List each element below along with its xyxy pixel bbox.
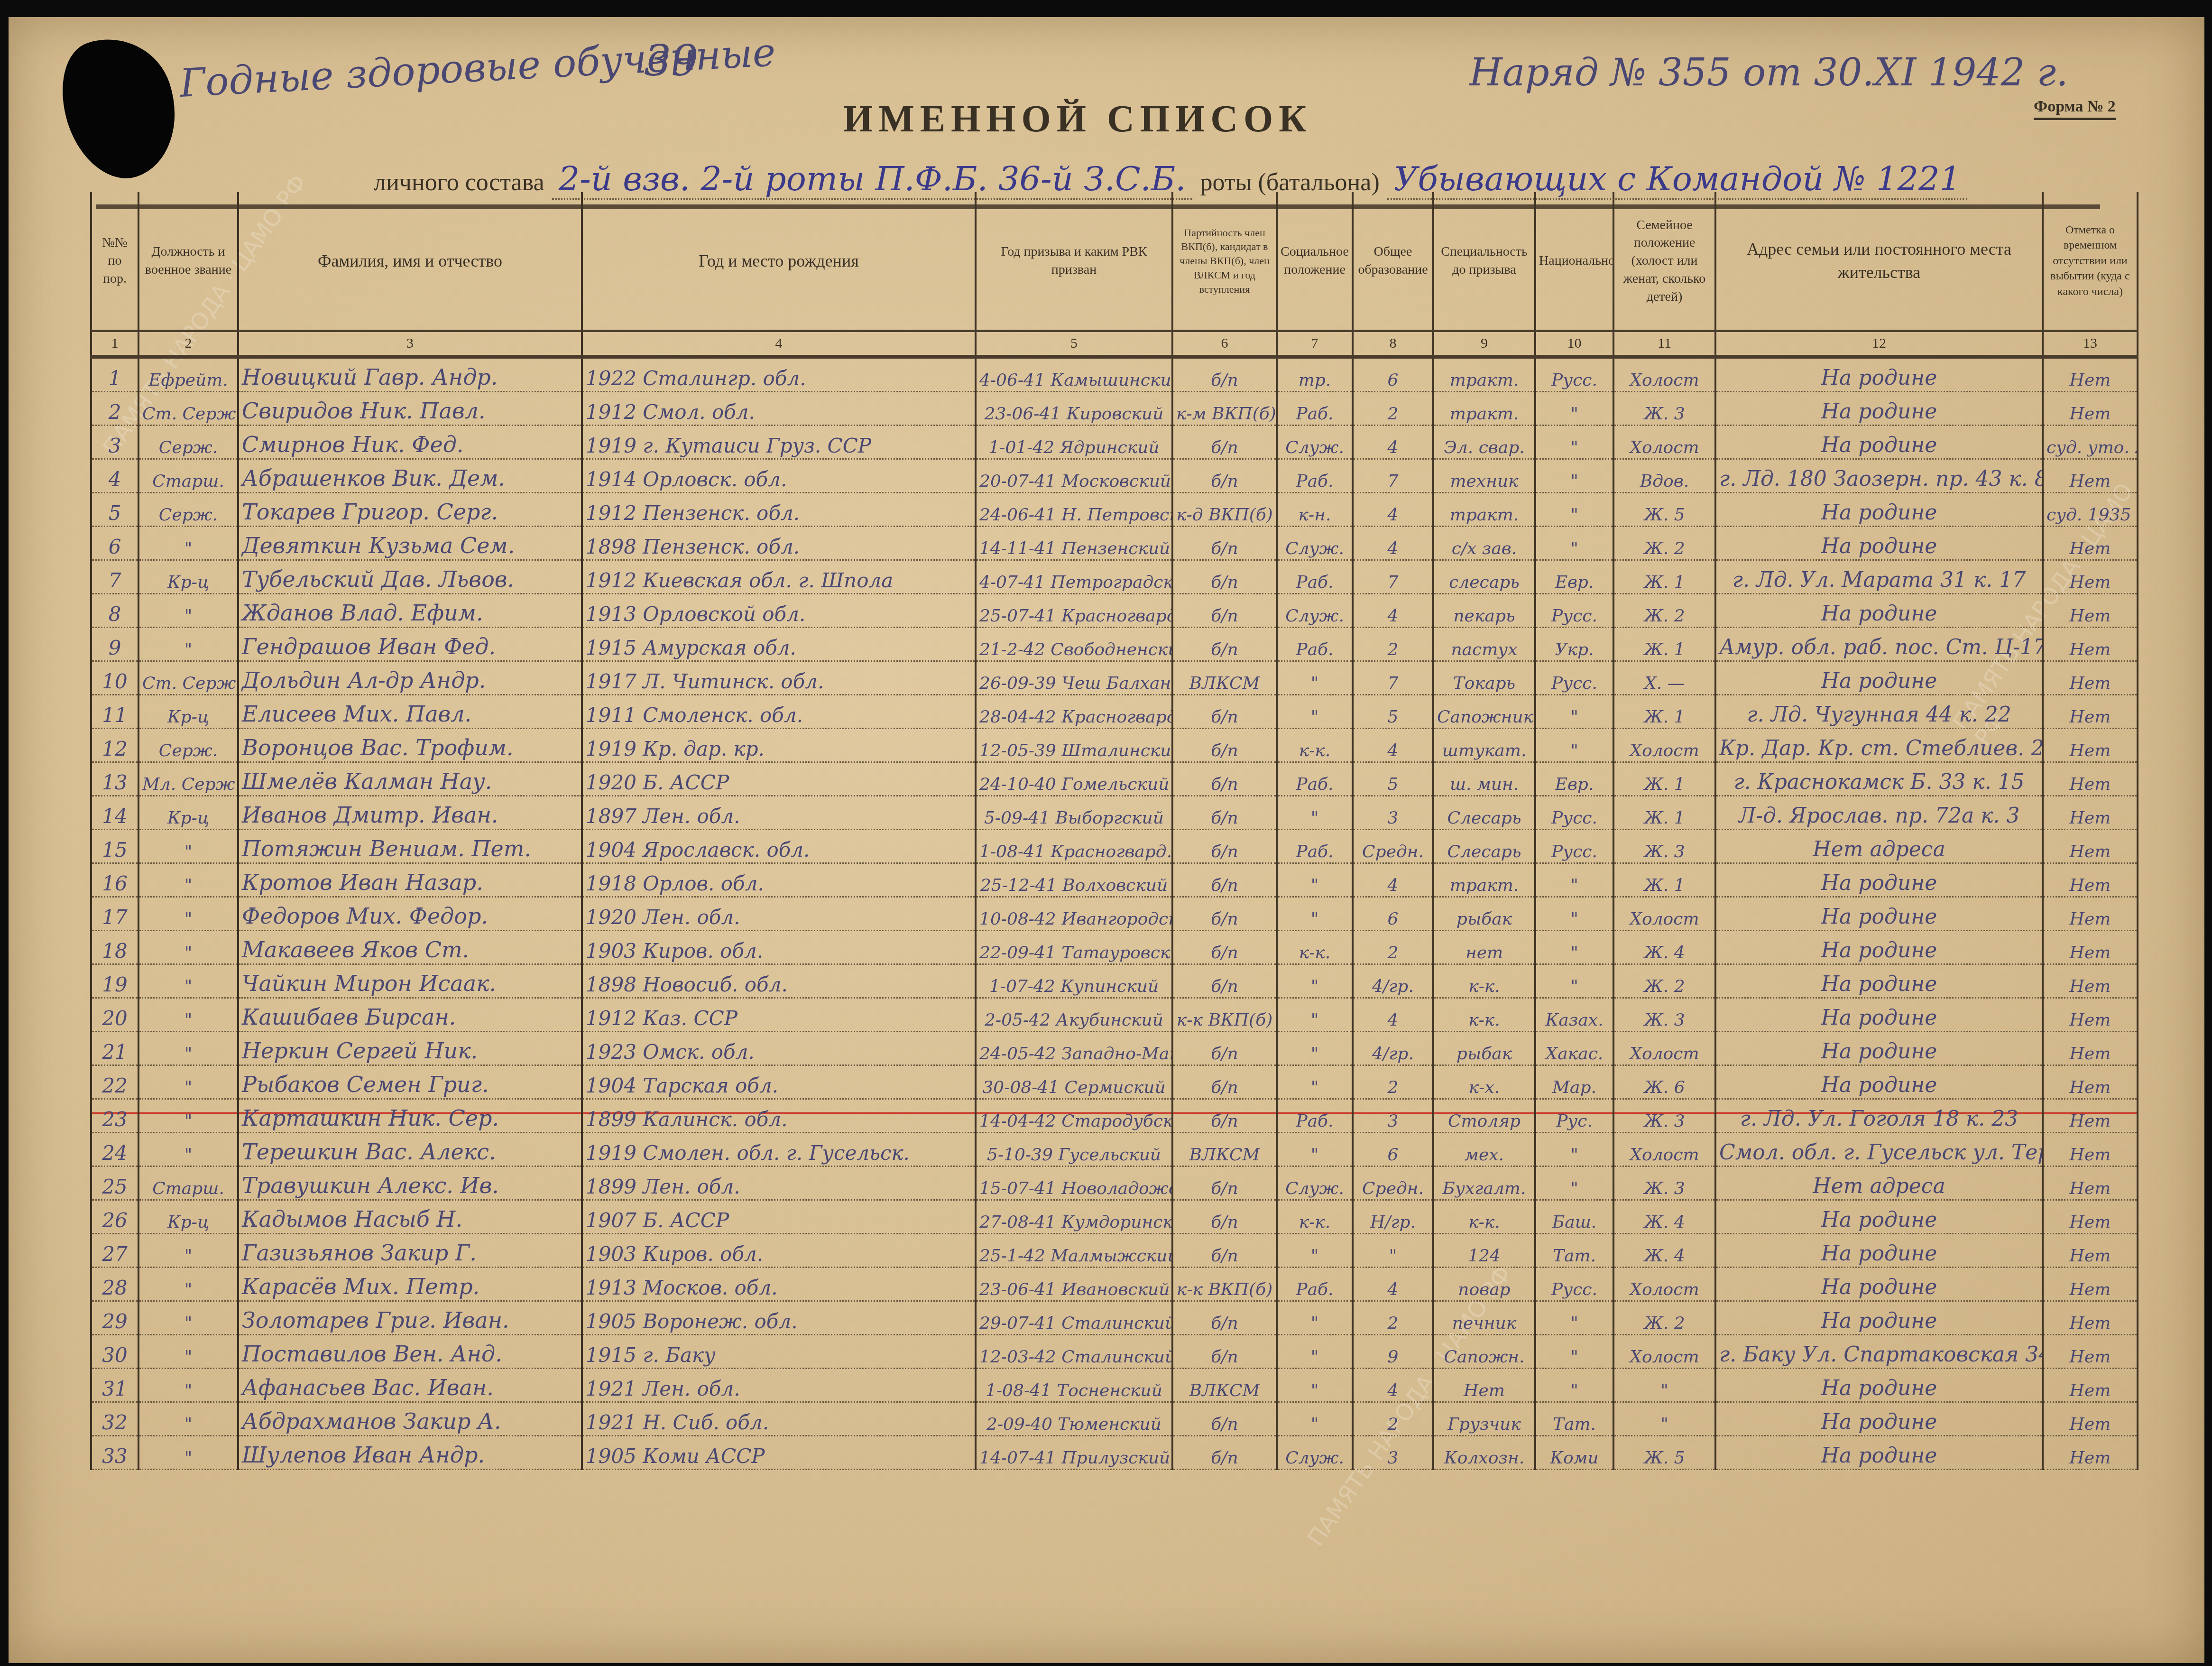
row-family: Ж. 1 xyxy=(1613,762,1715,796)
row-rank: " xyxy=(138,628,238,661)
row-conscription: 4-06-41 Камышинский xyxy=(976,357,1172,392)
row-family: Холост xyxy=(1613,1133,1715,1166)
row-mark: Нет xyxy=(2043,1436,2138,1470)
table-row: 32 " Абдрахманов Закир А. 1921 Н. Сиб. о… xyxy=(91,1402,2138,1436)
row-address: На родине xyxy=(1715,1065,2043,1099)
row-birth: 1904 Ярославск. обл. xyxy=(582,830,976,863)
col-num: 11 xyxy=(1613,331,1715,357)
row-address: г. Лд. Ул. Гоголя 18 к. 23 xyxy=(1715,1099,2043,1133)
row-nationality: Коми xyxy=(1535,1436,1613,1470)
row-name: Абрашенков Вик. Дем. xyxy=(238,459,582,493)
table-row: 21 " Неркин Сергей Ник. 1923 Омск. обл. … xyxy=(91,1032,2138,1065)
row-name: Шмелёв Калман Нау. xyxy=(238,762,582,796)
row-rank: " xyxy=(138,1301,238,1335)
row-number: 26 xyxy=(91,1200,138,1234)
row-family: Ж. 1 xyxy=(1613,628,1715,661)
col-header-education: Общее образование xyxy=(1353,192,1433,331)
row-number: 27 xyxy=(91,1234,138,1268)
col-header-party: Партийность член ВКП(б), кандидат в член… xyxy=(1172,192,1277,331)
row-address: На родине xyxy=(1715,493,2043,527)
personnel-roster-table: №№ по пор. Должность и военное звание Фа… xyxy=(90,192,2138,1470)
table-row: 24 " Терешкин Вас. Алекс. 1919 Смолен. о… xyxy=(91,1133,2138,1166)
row-education: 3 xyxy=(1353,796,1433,830)
row-party: б/п xyxy=(1172,594,1277,628)
row-rank: " xyxy=(138,998,238,1032)
row-party: б/п xyxy=(1172,1065,1277,1099)
row-conscription: 12-03-42 Сталинский xyxy=(976,1335,1172,1369)
row-rank: " xyxy=(138,964,238,998)
row-specialty: мех. xyxy=(1433,1133,1535,1166)
row-mark: Нет xyxy=(2043,560,2138,594)
table-row: 26 Кр-ц Кадымов Насыб Н. 1907 Б. АССР 27… xyxy=(91,1200,2138,1234)
document-title: ИМЕННОЙ СПИСОК xyxy=(843,98,1312,141)
row-specialty: Сапожн. xyxy=(1433,1335,1535,1369)
row-conscription: 29-07-41 Сталинский xyxy=(976,1301,1172,1335)
row-specialty: к-х. xyxy=(1433,1065,1535,1099)
row-address: г. Лд. Чугунная 44 к. 22 xyxy=(1715,695,2043,729)
row-conscription: 12-05-39 Шталинский xyxy=(976,729,1172,762)
row-specialty: тракт. xyxy=(1433,863,1535,897)
row-mark: Нет xyxy=(2043,863,2138,897)
row-party: б/п xyxy=(1172,931,1277,964)
row-name: Смирнов Ник. Фед. xyxy=(238,426,582,459)
row-party: б/п xyxy=(1172,729,1277,762)
row-conscription: 25-1-42 Малмыжский xyxy=(976,1234,1172,1268)
row-nationality: Баш. xyxy=(1535,1200,1613,1234)
row-rank: Кр-ц xyxy=(138,560,238,594)
row-specialty: тракт. xyxy=(1433,357,1535,392)
row-family: Ж. 2 xyxy=(1613,594,1715,628)
row-name: Кашибаев Бирсан. xyxy=(238,998,582,1032)
table-row: 30 " Поставилов Вен. Анд. 1915 г. Баку 1… xyxy=(91,1335,2138,1369)
row-conscription: 24-06-41 Н. Петровский xyxy=(976,493,1172,527)
row-education: Средн. xyxy=(1353,830,1433,863)
row-rank: " xyxy=(138,1065,238,1099)
row-family: Ж. 2 xyxy=(1613,964,1715,998)
row-conscription: 5-10-39 Гусельский xyxy=(976,1133,1172,1166)
row-conscription: 1-01-42 Ядринский xyxy=(976,426,1172,459)
row-address: Нет адреса xyxy=(1715,1166,2043,1200)
row-birth: 1913 Москов. обл. xyxy=(582,1268,976,1301)
row-nationality: " xyxy=(1535,527,1613,560)
row-rank: Старш. xyxy=(138,1166,238,1200)
row-address: г. Лд. Ул. Марата 31 к. 17 xyxy=(1715,560,2043,594)
table-row: 15 " Потяжин Вениам. Пет. 1904 Ярославск… xyxy=(91,830,2138,863)
row-party: ВЛКСМ xyxy=(1172,1133,1277,1166)
row-party: б/п xyxy=(1172,964,1277,998)
row-number: 32 xyxy=(91,1402,138,1436)
row-birth: 1917 Л. Читинск. обл. xyxy=(582,661,976,695)
row-nationality: " xyxy=(1535,931,1613,964)
row-family: " xyxy=(1613,1402,1715,1436)
row-social: Раб. xyxy=(1277,628,1353,661)
row-mark: Нет xyxy=(2043,1166,2138,1200)
row-birth: 1903 Киров. обл. xyxy=(582,1234,976,1268)
col-header-rank: Должность и военное звание xyxy=(138,192,238,331)
row-party: к-д ВКП(б) xyxy=(1172,493,1277,527)
row-rank: " xyxy=(138,594,238,628)
row-rank: Кр-ц xyxy=(138,1200,238,1234)
row-address: На родине xyxy=(1715,863,2043,897)
row-education: 2 xyxy=(1353,1301,1433,1335)
row-education: 3 xyxy=(1353,1099,1433,1133)
row-birth: 1922 Сталингр. обл. xyxy=(582,357,976,392)
col-num: 1 xyxy=(91,331,138,357)
row-birth: 1920 Лен. обл. xyxy=(582,897,976,931)
row-specialty: повар xyxy=(1433,1268,1535,1301)
table-row: 29 " Золотарев Григ. Иван. 1905 Воронеж.… xyxy=(91,1301,2138,1335)
col-num: 8 xyxy=(1353,331,1433,357)
col-header-number: №№ по пор. xyxy=(91,192,138,331)
row-birth: 1918 Орлов. обл. xyxy=(582,863,976,897)
row-education: 6 xyxy=(1353,897,1433,931)
row-family: Ж. 1 xyxy=(1613,796,1715,830)
row-family: Ж. 5 xyxy=(1613,493,1715,527)
row-name: Карасёв Мих. Петр. xyxy=(238,1268,582,1301)
row-party: б/п xyxy=(1172,560,1277,594)
row-party: б/п xyxy=(1172,830,1277,863)
row-education: " xyxy=(1353,1234,1433,1268)
row-social: " xyxy=(1277,1032,1353,1065)
row-social: к-к. xyxy=(1277,729,1353,762)
row-number: 8 xyxy=(91,594,138,628)
row-specialty: с/х зав. xyxy=(1433,527,1535,560)
table-row: 6 " Девяткин Кузьма Сем. 1898 Пензенск. … xyxy=(91,527,2138,560)
row-conscription: 21-2-42 Свободненский xyxy=(976,628,1172,661)
row-birth: 1904 Тарская обл. xyxy=(582,1065,976,1099)
table-row: 31 " Афанасьев Вас. Иван. 1921 Лен. обл.… xyxy=(91,1369,2138,1402)
row-specialty: Столяр xyxy=(1433,1099,1535,1133)
row-rank: " xyxy=(138,931,238,964)
row-nationality: " xyxy=(1535,392,1613,426)
row-nationality: " xyxy=(1535,897,1613,931)
col-header-nationality: Национальность xyxy=(1535,192,1613,331)
row-rank: Ефрейт. xyxy=(138,357,238,392)
row-nationality: " xyxy=(1535,1369,1613,1402)
row-birth: 1911 Смоленск. обл. xyxy=(582,695,976,729)
row-education: 3 xyxy=(1353,1436,1433,1470)
row-specialty: печник xyxy=(1433,1301,1535,1335)
row-number: 7 xyxy=(91,560,138,594)
row-education: 4 xyxy=(1353,527,1433,560)
row-number: 17 xyxy=(91,897,138,931)
row-birth: 1914 Орловск. обл. xyxy=(582,459,976,493)
row-conscription: 1-08-41 Красногвард. xyxy=(976,830,1172,863)
table-row: 13 Мл. Серж. Шмелёв Калман Нау. 1920 Б. … xyxy=(91,762,2138,796)
row-party: б/п xyxy=(1172,1032,1277,1065)
row-social: " xyxy=(1277,1234,1353,1268)
row-mark: Нет xyxy=(2043,998,2138,1032)
row-birth: 1923 Омск. обл. xyxy=(582,1032,976,1065)
col-header-family: Семейное положение (холост или женат, ск… xyxy=(1613,192,1715,331)
row-party: б/п xyxy=(1172,762,1277,796)
row-address: На родине xyxy=(1715,1200,2043,1234)
col-header-mark: Отметка о временном отсутствии или выбыт… xyxy=(2043,192,2138,331)
row-education: 4 xyxy=(1353,863,1433,897)
row-rank: Кр-ц xyxy=(138,796,238,830)
row-name: Абдрахманов Закир А. xyxy=(238,1402,582,1436)
row-nationality: Тат. xyxy=(1535,1402,1613,1436)
row-birth: 1913 Орловской обл. xyxy=(582,594,976,628)
row-address: г. Краснокамск Б. 33 к. 15 xyxy=(1715,762,2043,796)
row-number: 15 xyxy=(91,830,138,863)
table-row: 10 Ст. Серж. Дольдин Ал-др Андр. 1917 Л.… xyxy=(91,661,2138,695)
row-address: На родине xyxy=(1715,357,2043,392)
row-mark: Нет xyxy=(2043,796,2138,830)
row-conscription: 1-08-41 Тосненский xyxy=(976,1369,1172,1402)
row-mark: Нет xyxy=(2043,1065,2138,1099)
row-social: Раб. xyxy=(1277,762,1353,796)
row-party: б/п xyxy=(1172,1234,1277,1268)
row-rank: Ст. Серж. xyxy=(138,392,238,426)
row-education: 7 xyxy=(1353,661,1433,695)
row-birth: 1903 Киров. обл. xyxy=(582,931,976,964)
row-social: Служ. xyxy=(1277,527,1353,560)
row-family: Ж. 2 xyxy=(1613,527,1715,560)
row-conscription: 20-07-41 Московский xyxy=(976,459,1172,493)
row-family: Ж. 1 xyxy=(1613,695,1715,729)
row-party: ВЛКСМ xyxy=(1172,1369,1277,1402)
row-name: Потяжин Вениам. Пет. xyxy=(238,830,582,863)
row-conscription: 2-09-40 Тюменский xyxy=(976,1402,1172,1436)
table-row: 4 Старш. Абрашенков Вик. Дем. 1914 Орлов… xyxy=(91,459,2138,493)
row-education: Н/гр. xyxy=(1353,1200,1433,1234)
row-rank: " xyxy=(138,1335,238,1369)
row-name: Поставилов Вен. Анд. xyxy=(238,1335,582,1369)
ink-stain xyxy=(46,23,194,192)
row-nationality: Рус. xyxy=(1535,1099,1613,1133)
row-number: 30 xyxy=(91,1335,138,1369)
row-party: б/п xyxy=(1172,695,1277,729)
row-rank: Серж. xyxy=(138,426,238,459)
row-nationality: " xyxy=(1535,426,1613,459)
order-reference: Наряд № 355 от 30.XI 1942 г. xyxy=(1469,50,2068,94)
row-specialty: рыбак xyxy=(1433,1032,1535,1065)
row-party: б/п xyxy=(1172,357,1277,392)
row-birth: 1915 Амурская обл. xyxy=(582,628,976,661)
row-education: 4 xyxy=(1353,493,1433,527)
row-address: На родине xyxy=(1715,1032,2043,1065)
row-name: Шулепов Иван Андр. xyxy=(238,1436,582,1470)
row-party: к-к ВКП(б) xyxy=(1172,998,1277,1032)
row-education: 2 xyxy=(1353,392,1433,426)
row-name: Чайкин Мирон Исаак. xyxy=(238,964,582,998)
row-address: На родине xyxy=(1715,1301,2043,1335)
row-nationality: " xyxy=(1535,863,1613,897)
row-social: Служ. xyxy=(1277,594,1353,628)
row-education: 2 xyxy=(1353,1402,1433,1436)
row-conscription: 10-08-42 Ивангородский xyxy=(976,897,1172,931)
row-social: Раб. xyxy=(1277,1268,1353,1301)
row-nationality: " xyxy=(1535,1335,1613,1369)
row-party: б/п xyxy=(1172,459,1277,493)
row-conscription: 4-07-41 Петроградский xyxy=(976,560,1172,594)
row-name: Гендрашов Иван Фед. xyxy=(238,628,582,661)
row-party: б/п xyxy=(1172,1099,1277,1133)
row-conscription: 25-12-41 Волховский xyxy=(976,863,1172,897)
row-birth: 1899 Калинск. обл. xyxy=(582,1099,976,1133)
row-nationality: Евр. xyxy=(1535,762,1613,796)
row-mark: Нет xyxy=(2043,1335,2138,1369)
row-family: Вдов. xyxy=(1613,459,1715,493)
row-specialty: Нет xyxy=(1433,1369,1535,1402)
row-rank: " xyxy=(138,863,238,897)
row-conscription: 23-06-41 Кировский xyxy=(976,392,1172,426)
row-mark: Нет xyxy=(2043,1099,2138,1133)
row-family: Холост xyxy=(1613,897,1715,931)
row-family: Холост xyxy=(1613,1032,1715,1065)
row-name: Дольдин Ал-др Андр. xyxy=(238,661,582,695)
row-conscription: 22-09-41 Татауровский xyxy=(976,931,1172,964)
row-education: 7 xyxy=(1353,459,1433,493)
row-social: " xyxy=(1277,1301,1353,1335)
row-birth: 1912 Киевская обл. г. Шпола xyxy=(582,560,976,594)
row-family: Ж. 3 xyxy=(1613,830,1715,863)
row-conscription: 14-04-42 Стародубский xyxy=(976,1099,1172,1133)
row-name: Свиридов Ник. Павл. xyxy=(238,392,582,426)
row-birth: 1898 Пензенск. обл. xyxy=(582,527,976,560)
row-mark: Нет xyxy=(2043,1301,2138,1335)
table-row: 1 Ефрейт. Новицкий Гавр. Андр. 1922 Стал… xyxy=(91,357,2138,392)
row-social: Раб. xyxy=(1277,392,1353,426)
row-number: 28 xyxy=(91,1268,138,1301)
row-mark: Нет xyxy=(2043,1200,2138,1234)
row-family: Холост xyxy=(1613,357,1715,392)
row-education: 6 xyxy=(1353,357,1433,392)
row-education: 2 xyxy=(1353,931,1433,964)
row-specialty: техник xyxy=(1433,459,1535,493)
column-number-row: 1 2 3 4 5 6 7 8 9 10 11 12 13 xyxy=(91,331,2138,357)
row-number: 13 xyxy=(91,762,138,796)
row-specialty: Эл. свар. xyxy=(1433,426,1535,459)
row-specialty: слесарь xyxy=(1433,560,1535,594)
row-party: б/п xyxy=(1172,1335,1277,1369)
row-nationality: " xyxy=(1535,964,1613,998)
table-row: 22 " Рыбаков Семен Григ. 1904 Тарская об… xyxy=(91,1065,2138,1099)
row-family: Ж. 4 xyxy=(1613,1200,1715,1234)
row-social: " xyxy=(1277,897,1353,931)
row-rank: " xyxy=(138,1369,238,1402)
row-name: Елисеев Мих. Павл. xyxy=(238,695,582,729)
row-address: На родине xyxy=(1715,1402,2043,1436)
row-social: " xyxy=(1277,1065,1353,1099)
row-mark: Нет xyxy=(2043,661,2138,695)
row-birth: 1905 Воронеж. обл. xyxy=(582,1301,976,1335)
row-party: б/п xyxy=(1172,1402,1277,1436)
row-education: Средн. xyxy=(1353,1166,1433,1200)
row-number: 12 xyxy=(91,729,138,762)
row-party: б/п xyxy=(1172,863,1277,897)
row-name: Газизьянов Закир Г. xyxy=(238,1234,582,1268)
row-party: б/п xyxy=(1172,527,1277,560)
row-number: 5 xyxy=(91,493,138,527)
row-birth: 1921 Н. Сиб. обл. xyxy=(582,1402,976,1436)
row-name: Кротов Иван Назар. xyxy=(238,863,582,897)
row-rank: Ст. Серж. xyxy=(138,661,238,695)
row-mark: Нет xyxy=(2043,1268,2138,1301)
row-rank: " xyxy=(138,1436,238,1470)
row-rank: " xyxy=(138,527,238,560)
col-num: 12 xyxy=(1715,331,2043,357)
row-number: 3 xyxy=(91,426,138,459)
row-social: к-н. xyxy=(1277,493,1353,527)
row-family: Холост xyxy=(1613,426,1715,459)
row-specialty: тракт. xyxy=(1433,392,1535,426)
row-mark: Нет xyxy=(2043,1402,2138,1436)
row-party: б/п xyxy=(1172,1200,1277,1234)
table-row: 25 Старш. Травушкин Алекс. Ив. 1899 Лен.… xyxy=(91,1166,2138,1200)
row-specialty: Бухгалт. xyxy=(1433,1166,1535,1200)
row-education: 4 xyxy=(1353,594,1433,628)
row-name: Травушкин Алекс. Ив. xyxy=(238,1166,582,1200)
row-specialty: нет xyxy=(1433,931,1535,964)
row-family: Ж. 3 xyxy=(1613,392,1715,426)
row-number: 29 xyxy=(91,1301,138,1335)
row-mark: Нет xyxy=(2043,459,2138,493)
row-social: " xyxy=(1277,695,1353,729)
row-number: 4 xyxy=(91,459,138,493)
row-specialty: Слесарь xyxy=(1433,796,1535,830)
row-social: " xyxy=(1277,1369,1353,1402)
row-conscription: 5-09-41 Выборгский xyxy=(976,796,1172,830)
row-family: Ж. 4 xyxy=(1613,1234,1715,1268)
row-name: Кадымов Насыб Н. xyxy=(238,1200,582,1234)
row-specialty: Слесарь xyxy=(1433,830,1535,863)
row-nationality: Хакас. xyxy=(1535,1032,1613,1065)
col-num: 5 xyxy=(976,331,1172,357)
row-family: Холост xyxy=(1613,1335,1715,1369)
row-party: б/п xyxy=(1172,897,1277,931)
row-education: 4 xyxy=(1353,729,1433,762)
col-num: 7 xyxy=(1277,331,1353,357)
row-conscription: 30-08-41 Сермиский xyxy=(976,1065,1172,1099)
row-party: к-к ВКП(б) xyxy=(1172,1268,1277,1301)
row-mark: суд. уто. 2 года xyxy=(2043,426,2138,459)
row-conscription: 26-09-39 Чеш Балханский xyxy=(976,661,1172,695)
row-nationality: Русс. xyxy=(1535,1268,1613,1301)
row-name: Воронцов Вас. Трофим. xyxy=(238,729,582,762)
page-number: 39 xyxy=(644,36,699,86)
row-number: 23 xyxy=(91,1099,138,1133)
row-specialty: Сапожник xyxy=(1433,695,1535,729)
row-family: Ж. 3 xyxy=(1613,1099,1715,1133)
row-social: " xyxy=(1277,796,1353,830)
table-row: 3 Серж. Смирнов Ник. Фед. 1919 г. Кутаис… xyxy=(91,426,2138,459)
table-row: 9 " Гендрашов Иван Фед. 1915 Амурская об… xyxy=(91,628,2138,661)
row-birth: 1919 Смолен. обл. г. Гусельск. xyxy=(582,1133,976,1166)
row-conscription: 28-04-42 Красногвард. xyxy=(976,695,1172,729)
row-social: Служ. xyxy=(1277,1166,1353,1200)
row-conscription: 14-11-41 Пензенский xyxy=(976,527,1172,560)
row-social: Служ. xyxy=(1277,1436,1353,1470)
row-address: Нет адреса xyxy=(1715,830,2043,863)
row-education: 4 xyxy=(1353,1369,1433,1402)
col-header-birth: Год и место рождения xyxy=(582,192,976,331)
row-conscription: 27-08-41 Кумдоринский xyxy=(976,1200,1172,1234)
table-row: 5 Серж. Токарев Григор. Серг. 1912 Пензе… xyxy=(91,493,2138,527)
row-nationality: Русс. xyxy=(1535,830,1613,863)
row-mark: Нет xyxy=(2043,897,2138,931)
row-mark: Нет xyxy=(2043,830,2138,863)
row-education: 6 xyxy=(1353,1133,1433,1166)
row-conscription: 25-07-41 Красногвард. xyxy=(976,594,1172,628)
row-mark: Нет xyxy=(2043,695,2138,729)
table-row: 33 " Шулепов Иван Андр. 1905 Коми АССР 1… xyxy=(91,1436,2138,1470)
row-social: " xyxy=(1277,998,1353,1032)
row-rank: " xyxy=(138,830,238,863)
row-number: 22 xyxy=(91,1065,138,1099)
row-address: На родине xyxy=(1715,392,2043,426)
